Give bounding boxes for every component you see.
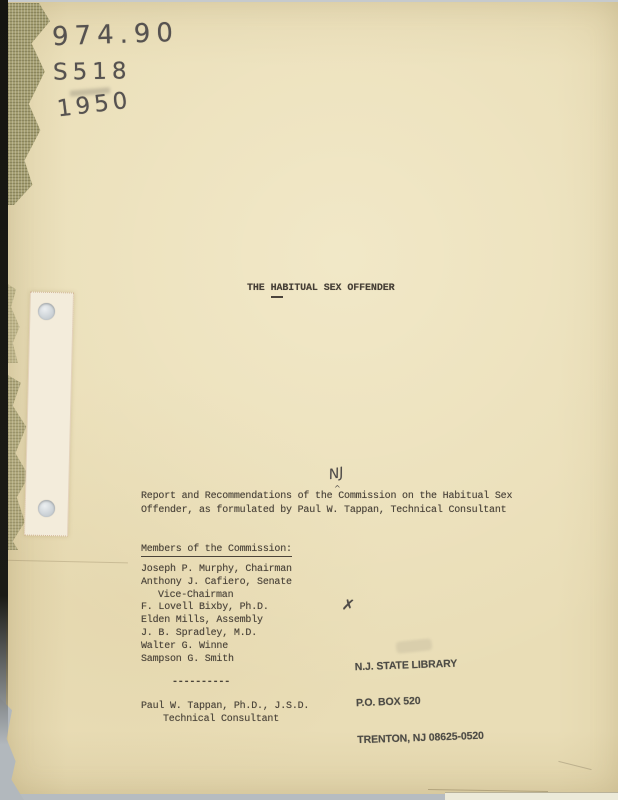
paper-sheet [6, 2, 618, 794]
stamp-line: TRENTON, NJ 08625-0520 [357, 730, 484, 747]
title-underline-mark [271, 296, 283, 298]
library-stamp: N.J. STATE LIBRARY P.O. BOX 520 TRENTON,… [354, 632, 485, 772]
subtitle-line: Report and Recommendations of the Commis… [141, 490, 512, 504]
member-line: Joseph P. Murphy, Chairman [141, 564, 292, 577]
consultant-title: Technical Consultant [163, 714, 279, 725]
gutter-shadow [0, 0, 8, 745]
scanned-page: 974.90 S518 1950 THE HABITUAL SEX OFFEND… [0, 0, 618, 800]
members-list: Joseph P. Murphy, Chairman Anthony J. Ca… [141, 564, 292, 666]
handwritten-x-mark: ✗ [341, 595, 356, 615]
handwritten-insertion: NJ [328, 465, 345, 483]
members-heading: Members of the Commission: [141, 544, 292, 557]
member-line: F. Lovell Bixby, Ph.D. [141, 602, 292, 615]
member-line: Anthony J. Cafiero, Senate [141, 577, 292, 590]
member-line: Walter G. Winne [141, 641, 292, 654]
punch-hole-bottom [38, 500, 55, 517]
consultant-name: Paul W. Tappan, Ph.D., J.S.D. [141, 701, 309, 712]
member-line: Elden Mills, Assembly [141, 615, 292, 628]
call-number-line-2: S518 [53, 58, 132, 85]
member-line: J. B. Spradley, M.D. [141, 628, 292, 641]
separator-dashes: ---------- [172, 677, 230, 688]
call-number-line-1: 974.90 [52, 18, 180, 52]
stamp-line: N.J. STATE LIBRARY [355, 656, 482, 673]
punch-hole-top [38, 303, 55, 320]
document-title: THE HABITUAL SEX OFFENDER [247, 283, 395, 294]
member-line: Sampson G. Smith [141, 654, 292, 667]
stamp-line: P.O. BOX 520 [356, 693, 483, 710]
underlying-page-edge [445, 792, 618, 800]
subtitle-line: Offender, as formulated by Paul W. Tappa… [141, 504, 512, 518]
member-line: Vice-Chairman [141, 590, 292, 603]
subtitle-block: Report and Recommendations of the Commis… [141, 490, 512, 517]
